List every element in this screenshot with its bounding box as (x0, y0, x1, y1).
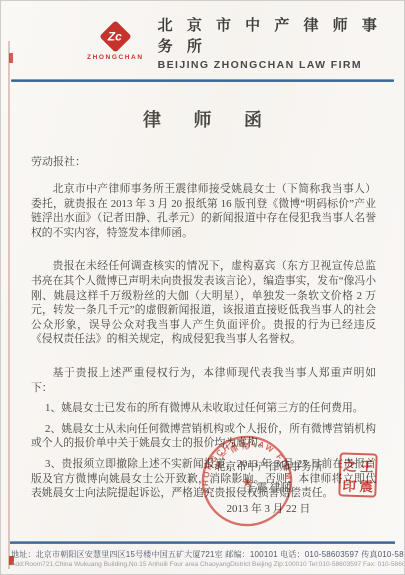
scan-red-mark-top (9, 53, 13, 63)
logo-diamond-icon: Zc (99, 20, 132, 53)
square-seal-char: 之 (343, 454, 357, 474)
square-personal-seal: 之 王 印 震 (338, 452, 378, 497)
square-seal-char: 王 (360, 455, 374, 475)
lawyer-letter-scan: Zc ZHONGCHAN 北 京 市 中 产 律 师 事 务 所 BEIJING… (0, 0, 405, 575)
firm-logo: Zc ZHONGCHAN (87, 25, 144, 61)
firm-name-en: BEIJING ZHONGCHAN LAW FIRM (158, 59, 404, 71)
footer: 地址：北京市朝阳区安慧里四区15号楼中国五矿大厦721室 邮编：100101 电… (1, 541, 404, 568)
round-firm-seal: ZHONGCHAN LAW FIRM 中产律师 ★ (193, 427, 301, 535)
salutation: 劳动报社： (31, 153, 376, 169)
letterhead-divider (11, 79, 394, 82)
footer-divider (10, 541, 395, 544)
statement-item-1: 1、姚晨女士已发布的所有微博从未收取过任何第三方的任何费用。 (31, 401, 376, 416)
footer-address-cn: 地址：北京市朝阳区安慧里四区15号楼中国五矿大厦721室 邮编：100101 电… (11, 549, 394, 560)
square-seal-char: 印 (342, 474, 356, 494)
paragraph-allegation: 贵报在未经任何调查核实的情况下，虚构嘉宾（东方卫视宣传总监书亮在其个人微博已声明… (31, 259, 376, 347)
round-seal-star-icon: ★ (240, 474, 254, 490)
logo-monogram: Zc (108, 29, 122, 43)
logo-brand-text: ZHONGCHAN (87, 54, 144, 61)
letter-title: 律 师 函 (1, 106, 404, 132)
firm-names: 北 京 市 中 产 律 师 事 务 所 BEIJING ZHONGCHAN LA… (158, 14, 404, 71)
firm-name-cn: 北 京 市 中 产 律 师 事 务 所 (158, 14, 404, 56)
footer-address-en: Add:Room721,China Wukuang Building,No.15… (11, 561, 394, 568)
square-seal-char: 震 (359, 475, 373, 495)
paragraph-statement-lead: 基于贵报上述严重侵权行为，本律师现代表我当事人郑重声明如下： (31, 366, 376, 395)
scan-edge-artifact (8, 41, 10, 569)
paragraph-intro: 北京市中产律师事务所王震律师接受姚晨女士（下简称我当事人）委托，就贵报在 201… (31, 182, 376, 240)
letterhead: Zc ZHONGCHAN 北 京 市 中 产 律 师 事 务 所 BEIJING… (1, 1, 404, 71)
